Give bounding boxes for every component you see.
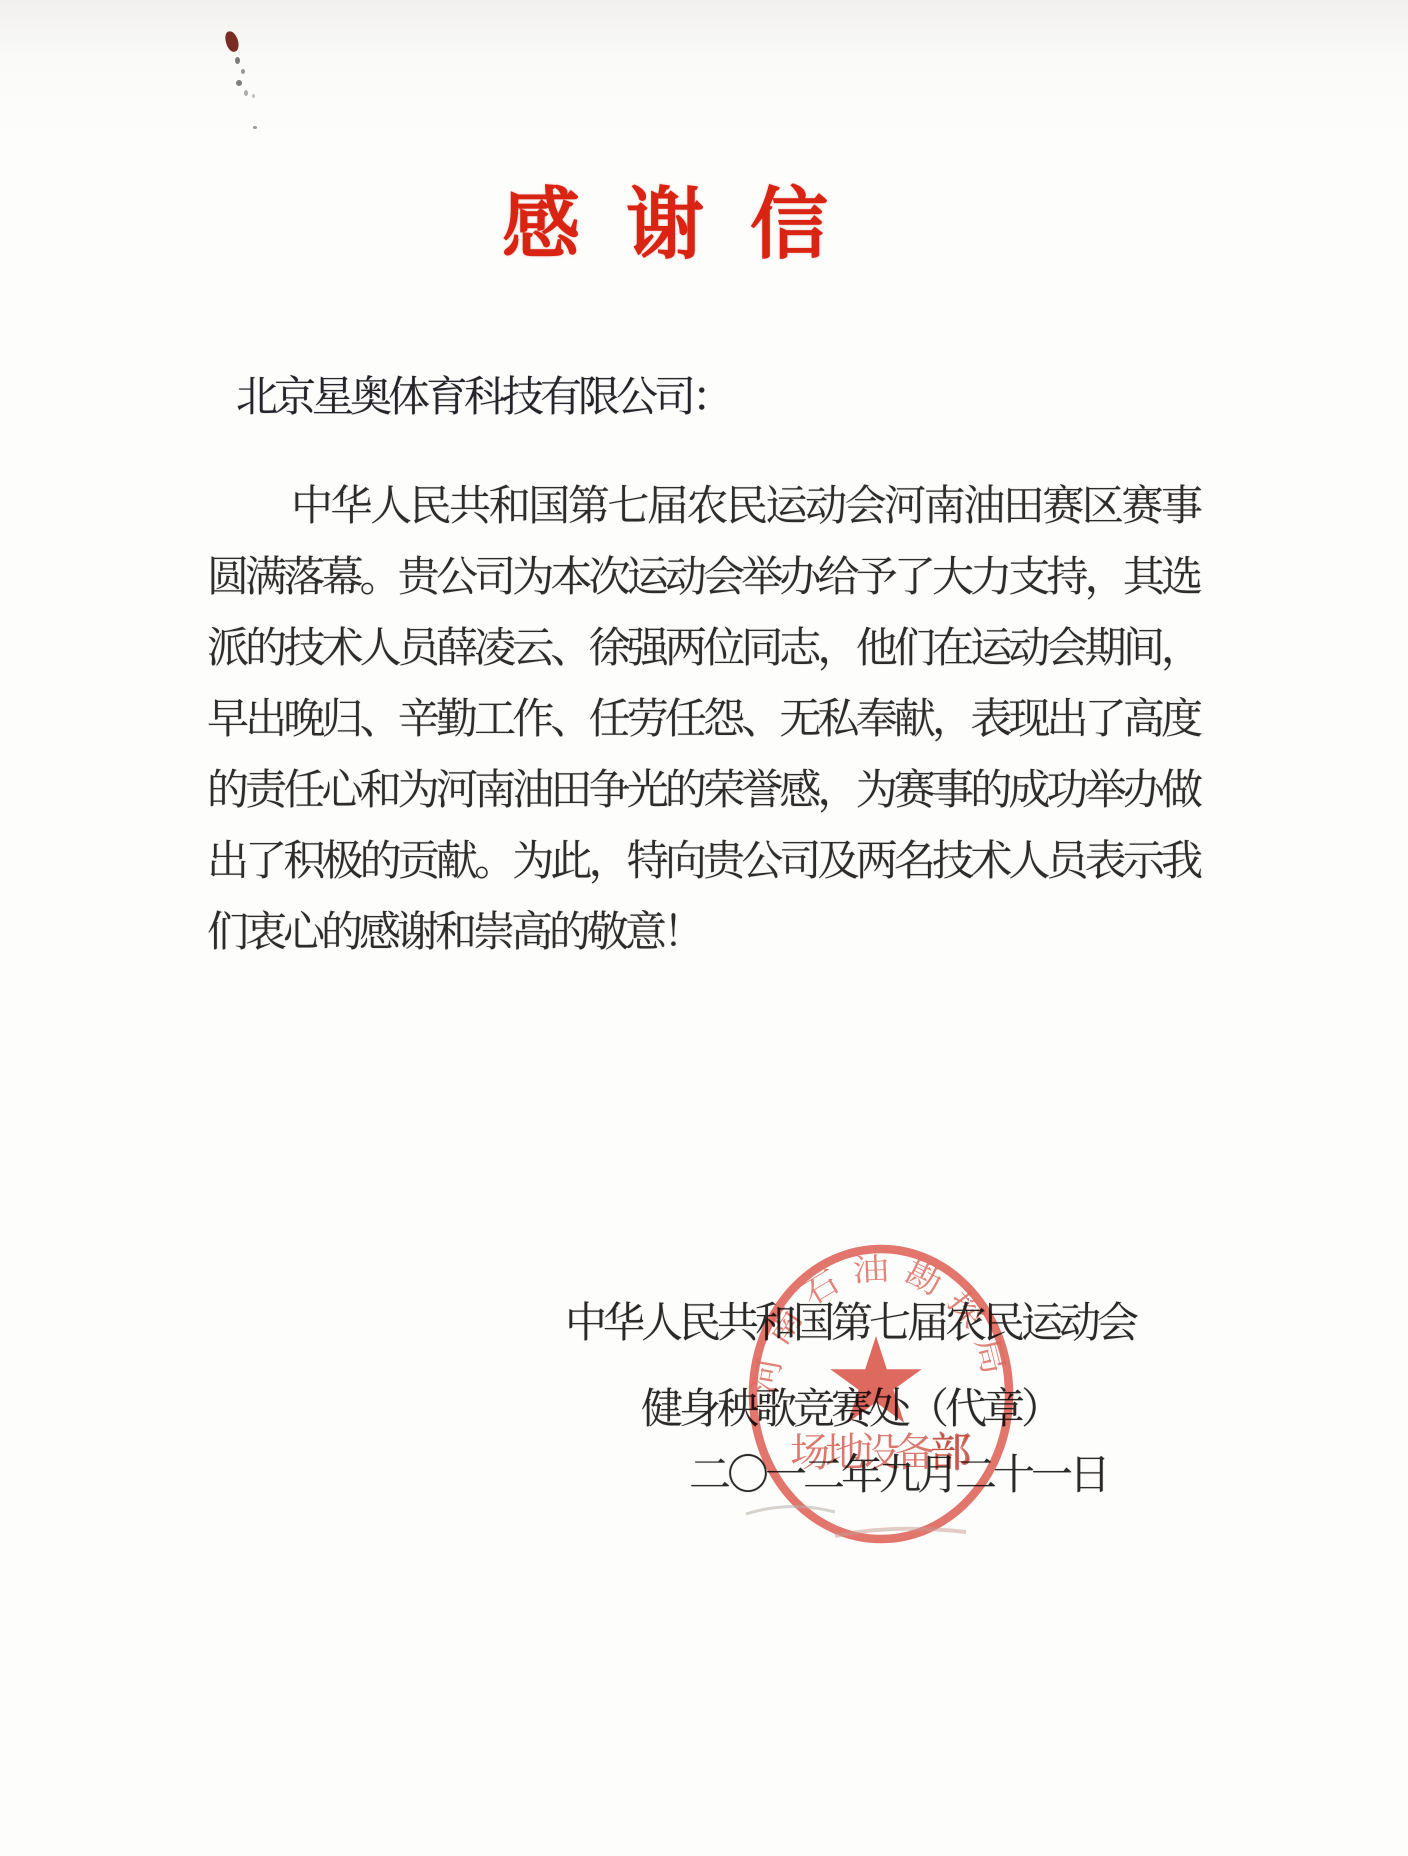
letter-page: 感谢信 北京星奥体育科技有限公司： 中华人民共和国第七届农民运动会河南油田赛区赛… [0,0,1408,1856]
letter-body: 中华人民共和国第七届农民运动会河南油田赛区赛事 圆满落幕。贵公司为本次运动会举办… [207,472,1199,969]
body-line: 早出晚归、辛勤工作、任劳任怨、无私奉献，表现出了高度 [207,685,1199,756]
seal-smudge [746,1506,835,1514]
scan-mark [241,69,245,74]
seal-center-text-emphasis: 部 [930,1431,972,1477]
scan-mark [244,90,248,96]
scan-mark [224,30,241,53]
scan-mark [236,80,242,86]
letter-title: 感谢信 [0,162,1392,274]
scan-mark [252,94,255,98]
body-line: 的责任心和为河南油田争光的荣誉感，为赛事的成功举办做 [207,756,1199,827]
body-line: 们衷心的感谢和崇高的敬意！ [207,898,1199,969]
scan-mark [235,57,240,64]
body-line: 圆满落幕。贵公司为本次运动会举办给予了大力支持，其选 [207,543,1199,614]
body-line: 出了积极的贡献。为此，特向贵公司及两名技术人员表示我 [207,827,1199,898]
salutation: 北京星奥体育科技有限公司： [236,364,730,424]
body-line: 中华人民共和国第七届农民运动会河南油田赛区赛事 [207,472,1199,543]
seal-star-icon [830,1336,921,1423]
scan-mark [253,126,257,129]
body-line: 派的技术人员薛凌云、徐强两位同志，他们在运动会期间， [207,614,1199,685]
official-seal: 河南石油勘探局 场地设备部 部 [740,1242,1022,1554]
